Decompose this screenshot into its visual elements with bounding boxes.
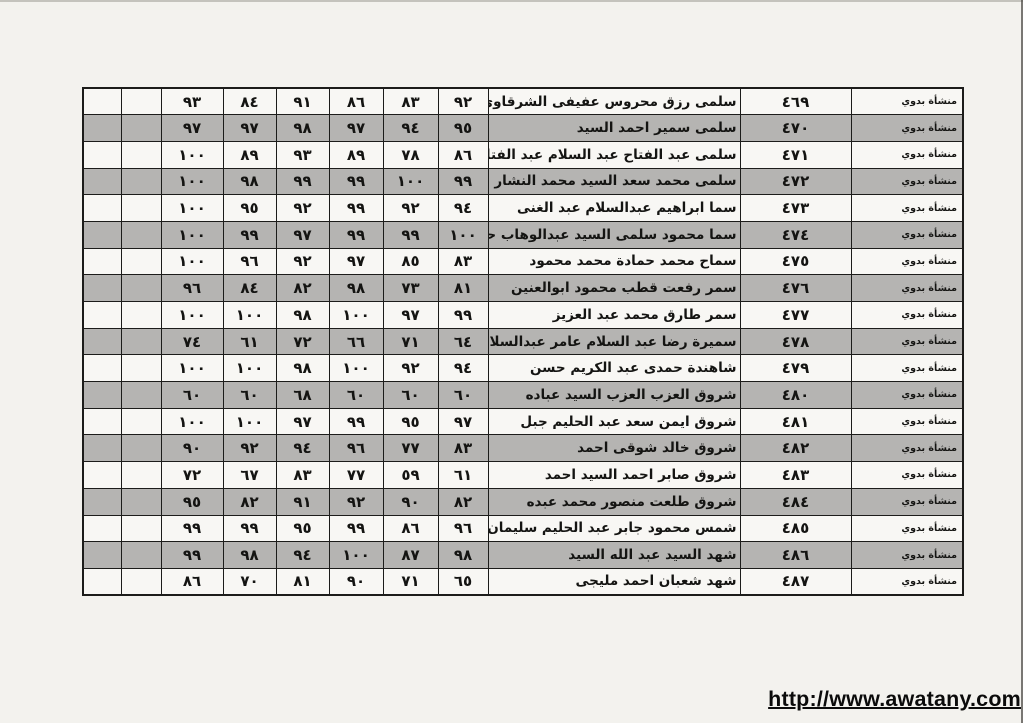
table-row: ١٠٠٨٩٩٣٨٩٧٨٨٦سلمى عبد الفتاح عبد السلام … [83, 141, 963, 168]
school-cell: منشأة بدوي [851, 515, 963, 542]
grade-cell: ٨٦ [161, 568, 223, 595]
grade-cell: ٩٠ [383, 488, 438, 515]
grade-cell: ٩٧ [276, 408, 329, 435]
grade-cell: ٩٥ [276, 515, 329, 542]
grade-cell: ٩٤ [276, 435, 329, 462]
school-cell: منشأة بدوي [851, 542, 963, 569]
seat-cell: ٤٧٦ [740, 275, 851, 302]
empty-cell [121, 115, 161, 142]
grade-cell: ٩٩ [329, 408, 383, 435]
grade-cell: ٨٢ [276, 275, 329, 302]
grade-cell: ٨٥ [383, 248, 438, 275]
empty-cell [121, 488, 161, 515]
name-cell: سما محمود سلمى السيد عبدالوهاب حمادة [488, 221, 740, 248]
name-cell: شهد السيد عبد الله السيد [488, 542, 740, 569]
seat-cell: ٤٨٣ [740, 462, 851, 489]
grade-cell: ٩٨ [223, 168, 276, 195]
grade-cell: ٨٦ [383, 515, 438, 542]
grade-cell: ٨٢ [438, 488, 488, 515]
empty-cell [121, 382, 161, 409]
grade-cell: ٩٨ [223, 542, 276, 569]
grade-cell: ٩٩ [329, 515, 383, 542]
grade-cell: ٩٩ [161, 515, 223, 542]
empty-cell [83, 115, 121, 142]
grade-cell: ٩٩ [223, 221, 276, 248]
table-row: ٧٢٦٧٨٣٧٧٥٩٦١شروق صابر احمد السيد احمد٤٨٣… [83, 462, 963, 489]
empty-cell [83, 488, 121, 515]
grade-cell: ٧٤ [161, 328, 223, 355]
grade-cell: ٩٩ [383, 221, 438, 248]
grade-cell: ١٠٠ [161, 408, 223, 435]
seat-cell: ٤٨١ [740, 408, 851, 435]
grade-cell: ٩٧ [329, 248, 383, 275]
school-cell: منشأة بدوي [851, 435, 963, 462]
empty-cell [83, 435, 121, 462]
page: { "colors": { "page-bg": "#f3f2ee", "row… [0, 0, 1023, 723]
name-cell: شمس محمود جابر عبد الحليم سليمان [488, 515, 740, 542]
school-cell: منشأة بدوي [851, 382, 963, 409]
grade-cell: ٨٤ [223, 275, 276, 302]
name-cell: سمر رفعت قطب محمود ابوالعنين [488, 275, 740, 302]
school-cell: منشأة بدوي [851, 462, 963, 489]
empty-cell [121, 435, 161, 462]
name-cell: شروق طلعت منصور محمد عبده [488, 488, 740, 515]
grade-cell: ٦٠ [383, 382, 438, 409]
school-cell: منشأة بدوي [851, 328, 963, 355]
school-cell: منشأة بدوي [851, 275, 963, 302]
empty-cell [121, 221, 161, 248]
grade-cell: ٩٦ [161, 275, 223, 302]
name-cell: شروق خالد شوقى احمد [488, 435, 740, 462]
grade-cell: ١٠٠ [161, 195, 223, 222]
grade-cell: ١٠٠ [329, 542, 383, 569]
scan-edge-top [0, 0, 1023, 2]
seat-cell: ٤٨٠ [740, 382, 851, 409]
seat-cell: ٤٨٢ [740, 435, 851, 462]
school-cell: منشأة بدوي [851, 408, 963, 435]
seat-cell: ٤٧١ [740, 141, 851, 168]
name-cell: سلمى سمير احمد السيد [488, 115, 740, 142]
name-cell: سلمى محمد سعد السيد محمد النشار [488, 168, 740, 195]
school-cell: منشأة بدوي [851, 195, 963, 222]
grade-cell: ٩٢ [276, 248, 329, 275]
seat-cell: ٤٧٢ [740, 168, 851, 195]
grade-cell: ١٠٠ [329, 302, 383, 329]
results-table: ٩٣٨٤٩١٨٦٨٣٩٢سلمى رزق محروس عفيفى الشرقاو… [82, 87, 964, 596]
grade-cell: ٩٦ [329, 435, 383, 462]
grade-cell: ٩٢ [438, 88, 488, 115]
seat-cell: ٤٨٦ [740, 542, 851, 569]
seat-cell: ٤٨٥ [740, 515, 851, 542]
name-cell: سميرة رضا عبد السلام عامر عبدالسلام [488, 328, 740, 355]
grade-cell: ٩٩ [329, 221, 383, 248]
footer-url-link[interactable]: http://www.awatany.com [768, 687, 1021, 712]
table-row: ١٠٠٩٦٩٢٩٧٨٥٨٣سماح محمد حمادة محمد محمود٤… [83, 248, 963, 275]
empty-cell [83, 355, 121, 382]
grade-cell: ٩٩ [161, 542, 223, 569]
empty-cell [121, 141, 161, 168]
table-row: ٩٩٩٨٩٤١٠٠٨٧٩٨شهد السيد عبد الله السيد٤٨٦… [83, 542, 963, 569]
grade-cell: ٧٠ [223, 568, 276, 595]
grade-cell: ٩١ [276, 88, 329, 115]
name-cell: شهد شعبان احمد مليجى [488, 568, 740, 595]
school-cell: منشأة بدوي [851, 141, 963, 168]
grade-cell: ١٠٠ [223, 302, 276, 329]
seat-cell: ٤٧٣ [740, 195, 851, 222]
grade-cell: ٩٥ [223, 195, 276, 222]
empty-cell [83, 542, 121, 569]
grade-cell: ٨٩ [223, 141, 276, 168]
grade-cell: ٩٩ [223, 515, 276, 542]
empty-cell [121, 408, 161, 435]
table-row: ٨٦٧٠٨١٩٠٧١٦٥شهد شعبان احمد مليجى٤٨٧منشأة… [83, 568, 963, 595]
empty-cell [83, 462, 121, 489]
grade-cell: ٩٩ [276, 168, 329, 195]
name-cell: سلمى رزق محروس عفيفى الشرقاوى [488, 88, 740, 115]
grade-cell: ٩٩ [438, 302, 488, 329]
table-row: ٩٠٩٢٩٤٩٦٧٧٨٣شروق خالد شوقى احمد٤٨٢منشأة … [83, 435, 963, 462]
name-cell: شروق العزب العزب السيد عباده [488, 382, 740, 409]
grade-cell: ٩٢ [276, 195, 329, 222]
grade-cell: ٩٠ [161, 435, 223, 462]
school-cell: منشأة بدوي [851, 302, 963, 329]
grade-cell: ٩٤ [383, 115, 438, 142]
empty-cell [121, 462, 161, 489]
grade-cell: ٩٣ [276, 141, 329, 168]
empty-cell [121, 515, 161, 542]
grade-cell: ٩٤ [438, 195, 488, 222]
school-cell: منشأة بدوي [851, 88, 963, 115]
results-table-body: ٩٣٨٤٩١٨٦٨٣٩٢سلمى رزق محروس عفيفى الشرقاو… [83, 88, 963, 595]
seat-cell: ٤٨٧ [740, 568, 851, 595]
table-row: ٩٣٨٤٩١٨٦٨٣٩٢سلمى رزق محروس عفيفى الشرقاو… [83, 88, 963, 115]
grade-cell: ٧١ [383, 568, 438, 595]
table-row: ١٠٠١٠٠٩٨١٠٠٩٢٩٤شاهندة حمدى عبد الكريم حس… [83, 355, 963, 382]
grade-cell: ٩٧ [161, 115, 223, 142]
grade-cell: ٨٤ [223, 88, 276, 115]
grade-cell: ٦٠ [438, 382, 488, 409]
school-cell: منشأة بدوي [851, 168, 963, 195]
table-row: ١٠٠٩٨٩٩٩٩١٠٠٩٩سلمى محمد سعد السيد محمد ا… [83, 168, 963, 195]
empty-cell [83, 275, 121, 302]
grade-cell: ٩٢ [223, 435, 276, 462]
school-cell: منشأة بدوي [851, 355, 963, 382]
name-cell: شروق صابر احمد السيد احمد [488, 462, 740, 489]
seat-cell: ٤٨٤ [740, 488, 851, 515]
grade-cell: ٨٣ [383, 88, 438, 115]
empty-cell [121, 542, 161, 569]
grade-cell: ٩٨ [438, 542, 488, 569]
name-cell: شاهندة حمدى عبد الكريم حسن [488, 355, 740, 382]
name-cell: سما ابراهيم عبدالسلام عبد الغنى [488, 195, 740, 222]
empty-cell [83, 302, 121, 329]
grade-cell: ٦٤ [438, 328, 488, 355]
seat-cell: ٤٦٩ [740, 88, 851, 115]
grade-cell: ١٠٠ [161, 221, 223, 248]
grade-cell: ١٠٠ [161, 302, 223, 329]
name-cell: شروق ايمن سعد عبد الحليم جبل [488, 408, 740, 435]
table-row: ١٠٠١٠٠٩٨١٠٠٩٧٩٩سمر طارق محمد عبد العزيز٤… [83, 302, 963, 329]
empty-cell [83, 248, 121, 275]
grade-cell: ٨٣ [276, 462, 329, 489]
seat-cell: ٤٧٨ [740, 328, 851, 355]
grade-cell: ٩٥ [383, 408, 438, 435]
grade-cell: ٩٧ [329, 115, 383, 142]
grade-cell: ٩٦ [438, 515, 488, 542]
table-row: ٩٩٩٩٩٥٩٩٨٦٩٦شمس محمود جابر عبد الحليم سل… [83, 515, 963, 542]
grade-cell: ٩٥ [438, 115, 488, 142]
grade-cell: ١٠٠ [329, 355, 383, 382]
grade-cell: ٩٧ [223, 115, 276, 142]
grade-cell: ٨٢ [223, 488, 276, 515]
grade-cell: ٩٢ [329, 488, 383, 515]
grade-cell: ٦٠ [161, 382, 223, 409]
seat-cell: ٤٧٠ [740, 115, 851, 142]
grade-cell: ٨١ [276, 568, 329, 595]
grade-cell: ٩٩ [329, 195, 383, 222]
grade-cell: ٩٢ [383, 355, 438, 382]
grade-cell: ١٠٠ [383, 168, 438, 195]
grade-cell: ٩٩ [329, 168, 383, 195]
name-cell: سمر طارق محمد عبد العزيز [488, 302, 740, 329]
empty-cell [83, 515, 121, 542]
grade-cell: ٩٦ [223, 248, 276, 275]
grade-cell: ٩٧ [438, 408, 488, 435]
empty-cell [83, 168, 121, 195]
grade-cell: ٩٧ [383, 302, 438, 329]
seat-cell: ٤٧٩ [740, 355, 851, 382]
name-cell: سلمى عبد الفتاح عبد السلام عبد الفتاح [488, 141, 740, 168]
grade-cell: ٩٣ [161, 88, 223, 115]
grade-cell: ٦٧ [223, 462, 276, 489]
school-cell: منشأة بدوي [851, 568, 963, 595]
grade-cell: ٨٦ [438, 141, 488, 168]
grade-cell: ٧٢ [161, 462, 223, 489]
grade-cell: ٩٥ [161, 488, 223, 515]
empty-cell [121, 168, 161, 195]
grade-cell: ٩٢ [383, 195, 438, 222]
grade-cell: ١٠٠ [223, 408, 276, 435]
empty-cell [83, 141, 121, 168]
table-row: ٩٧٩٧٩٨٩٧٩٤٩٥سلمى سمير احمد السيد٤٧٠منشأة… [83, 115, 963, 142]
school-cell: منشأة بدوي [851, 248, 963, 275]
grade-cell: ٧٣ [383, 275, 438, 302]
empty-cell [121, 195, 161, 222]
table-row: ١٠٠١٠٠٩٧٩٩٩٥٩٧شروق ايمن سعد عبد الحليم ج… [83, 408, 963, 435]
grade-cell: ٨١ [438, 275, 488, 302]
grade-cell: ٩٧ [276, 221, 329, 248]
grade-cell: ٦٥ [438, 568, 488, 595]
grade-cell: ١٠٠ [438, 221, 488, 248]
grade-cell: ٦١ [223, 328, 276, 355]
empty-cell [83, 88, 121, 115]
grade-cell: ٨٦ [329, 88, 383, 115]
grade-cell: ١٠٠ [161, 168, 223, 195]
grade-cell: ٦٨ [276, 382, 329, 409]
grade-cell: ٩٨ [329, 275, 383, 302]
table-row: ١٠٠٩٩٩٧٩٩٩٩١٠٠سما محمود سلمى السيد عبدال… [83, 221, 963, 248]
seat-cell: ٤٧٥ [740, 248, 851, 275]
grade-cell: ٩٨ [276, 115, 329, 142]
school-cell: منشأة بدوي [851, 221, 963, 248]
grade-cell: ٩٤ [276, 542, 329, 569]
empty-cell [83, 328, 121, 355]
empty-cell [83, 382, 121, 409]
grade-cell: ٧٧ [329, 462, 383, 489]
name-cell: سماح محمد حمادة محمد محمود [488, 248, 740, 275]
grade-cell: ٦٠ [223, 382, 276, 409]
grade-cell: ٧١ [383, 328, 438, 355]
grade-cell: ٩١ [276, 488, 329, 515]
grade-cell: ٧٢ [276, 328, 329, 355]
table-row: ٩٦٨٤٨٢٩٨٧٣٨١سمر رفعت قطب محمود ابوالعنين… [83, 275, 963, 302]
grade-cell: ٧٨ [383, 141, 438, 168]
grade-cell: ١٠٠ [161, 248, 223, 275]
grade-cell: ٥٩ [383, 462, 438, 489]
empty-cell [121, 328, 161, 355]
grade-cell: ٨٣ [438, 248, 488, 275]
table-row: ٧٤٦١٧٢٦٦٧١٦٤سميرة رضا عبد السلام عامر عب… [83, 328, 963, 355]
grade-cell: ٧٧ [383, 435, 438, 462]
empty-cell [83, 195, 121, 222]
table-row: ١٠٠٩٥٩٢٩٩٩٢٩٤سما ابراهيم عبدالسلام عبد ا… [83, 195, 963, 222]
grade-cell: ٩٤ [438, 355, 488, 382]
grade-cell: ٩٨ [276, 302, 329, 329]
grade-cell: ١٠٠ [161, 355, 223, 382]
grade-cell: ٨٣ [438, 435, 488, 462]
table-row: ٦٠٦٠٦٨٦٠٦٠٦٠شروق العزب العزب السيد عباده… [83, 382, 963, 409]
school-cell: منشأة بدوي [851, 488, 963, 515]
grade-cell: ٦٠ [329, 382, 383, 409]
grade-cell: ٩٨ [276, 355, 329, 382]
seat-cell: ٤٧٧ [740, 302, 851, 329]
school-cell: منشأة بدوي [851, 115, 963, 142]
grade-cell: ٨٩ [329, 141, 383, 168]
grade-cell: ١٠٠ [223, 355, 276, 382]
grade-cell: ٦١ [438, 462, 488, 489]
grade-cell: ١٠٠ [161, 141, 223, 168]
empty-cell [83, 568, 121, 595]
empty-cell [83, 408, 121, 435]
empty-cell [121, 248, 161, 275]
grade-cell: ٦٦ [329, 328, 383, 355]
empty-cell [121, 355, 161, 382]
table-row: ٩٥٨٢٩١٩٢٩٠٨٢شروق طلعت منصور محمد عبده٤٨٤… [83, 488, 963, 515]
empty-cell [121, 275, 161, 302]
empty-cell [121, 568, 161, 595]
seat-cell: ٤٧٤ [740, 221, 851, 248]
empty-cell [121, 88, 161, 115]
empty-cell [83, 221, 121, 248]
grade-cell: ٩٩ [438, 168, 488, 195]
grade-cell: ٩٠ [329, 568, 383, 595]
empty-cell [121, 302, 161, 329]
grade-cell: ٨٧ [383, 542, 438, 569]
